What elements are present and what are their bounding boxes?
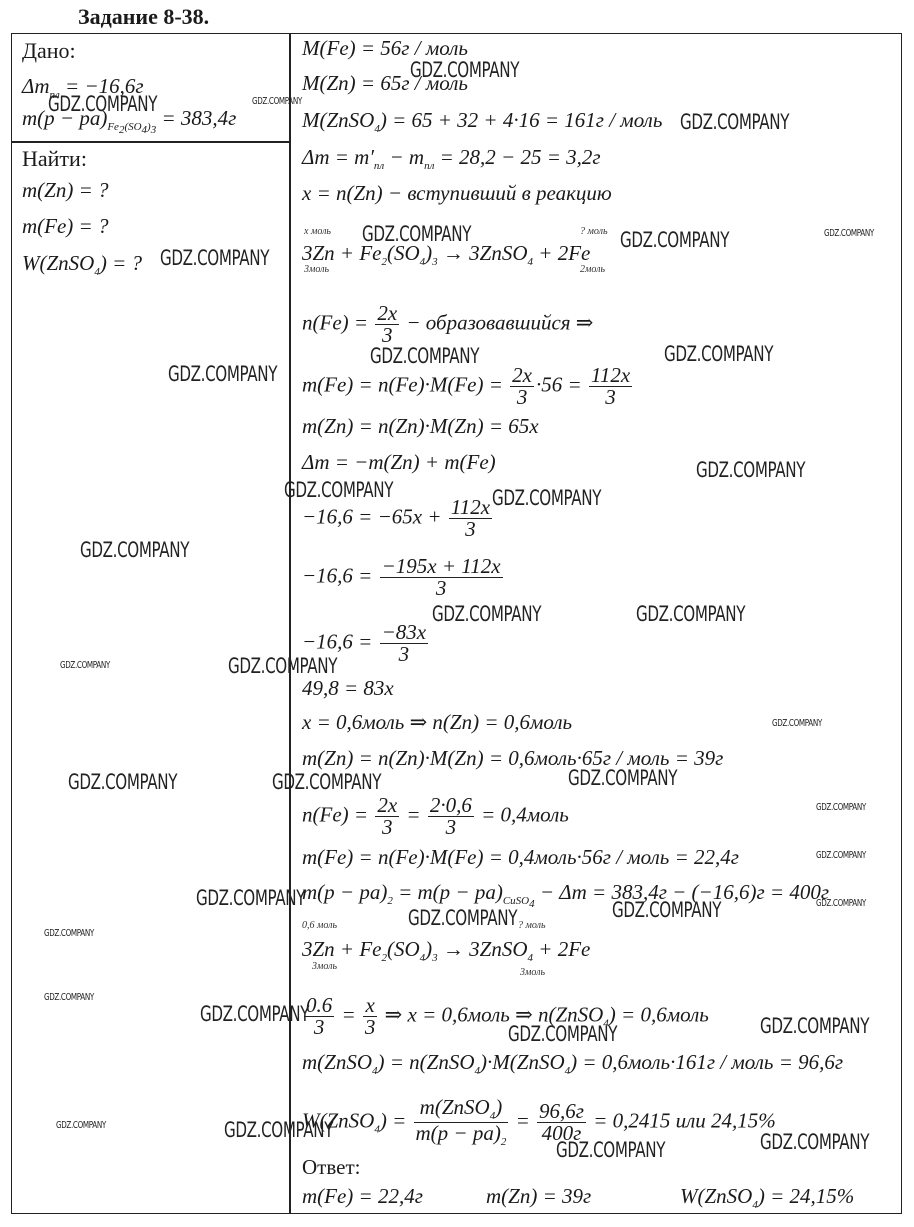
watermark-text: GDZ.COMPANY — [56, 1120, 106, 1131]
watermark-text: GDZ.COMPANY — [44, 992, 94, 1003]
reaction-annotation: 3моль — [312, 961, 337, 972]
solution-line: −16,6 = −195x + 112x3 — [302, 556, 505, 599]
watermark-text: GDZ.COMPANY — [816, 850, 866, 861]
watermark-text: GDZ.COMPANY — [410, 58, 519, 82]
reaction-annotation: 0,6 моль — [302, 920, 337, 931]
watermark-text: GDZ.COMPANY — [620, 228, 729, 252]
watermark-text: GDZ.COMPANY — [680, 110, 789, 134]
watermark-text: GDZ.COMPANY — [760, 1014, 869, 1038]
watermark-text: GDZ.COMPANY — [362, 222, 471, 246]
watermark-text: GDZ.COMPANY — [612, 898, 721, 922]
reaction-annotation: x моль — [304, 226, 331, 237]
watermark-text: GDZ.COMPANY — [408, 906, 517, 930]
watermark-text: GDZ.COMPANY — [44, 928, 94, 939]
watermark-text: GDZ.COMPANY — [48, 92, 157, 116]
watermark-text: GDZ.COMPANY — [370, 344, 479, 368]
watermark-text: GDZ.COMPANY — [68, 770, 177, 794]
watermark-text: GDZ.COMPANY — [196, 886, 305, 910]
reaction-annotation: 3моль — [520, 967, 545, 978]
solution-line: m(Fe) = n(Fe)·M(Fe) = 2x3·56 = 112x3 — [302, 365, 634, 408]
watermark-text: GDZ.COMPANY — [160, 246, 269, 270]
find-label: Найти: — [22, 146, 87, 172]
solution-line: x = 0,6моль ⇒ n(Zn) = 0,6моль — [302, 712, 572, 733]
solution-line: 3Zn + Fe2(SO4)3 → 3ZnSO4 + 2Fe — [302, 243, 590, 268]
watermark-text: GDZ.COMPANY — [80, 538, 189, 562]
watermark-text: GDZ.COMPANY — [492, 486, 601, 510]
answer-label: Ответ: — [302, 1155, 360, 1180]
given-find-divider — [11, 141, 290, 143]
watermark-text: GDZ.COMPANY — [556, 1138, 665, 1162]
watermark-text: GDZ.COMPANY — [508, 1022, 617, 1046]
reaction-annotation: 2моль — [580, 264, 605, 275]
watermark-text: GDZ.COMPANY — [284, 478, 393, 502]
find-item: W(ZnSO4) = ? — [22, 253, 142, 278]
answer-item: m(Fe) = 22,4г — [302, 1186, 423, 1207]
solution-line: 0.63 = x3 ⇒ x = 0,6моль ⇒ n(ZnSO4) = 0,6… — [302, 995, 709, 1038]
reaction-annotation: ? моль — [580, 226, 608, 237]
watermark-text: GDZ.COMPANY — [824, 228, 874, 239]
watermark-text: GDZ.COMPANY — [816, 802, 866, 813]
watermark-text: GDZ.COMPANY — [252, 96, 302, 107]
watermark-text: GDZ.COMPANY — [636, 602, 745, 626]
find-item: m(Fe) = ? — [22, 216, 108, 237]
solution-line: W(ZnSO4) = m(ZnSO4)m(p − pa)2 = 96,6г400… — [302, 1097, 776, 1148]
solution-line: Δm = m′пл − mпл = 28,2 − 25 = 3,2г — [302, 147, 601, 172]
solution-line: n(Fe) = 2x3 − образовавшийся ⇒ — [302, 303, 593, 346]
given-label: Дано: — [22, 38, 76, 64]
watermark-text: GDZ.COMPANY — [272, 770, 381, 794]
solution-line: 3Zn + Fe2(SO4)3 → 3ZnSO4 + 2Fe — [302, 939, 590, 964]
solution-line: Δm = −m(Zn) + m(Fe) — [302, 452, 496, 473]
solution-line: x = n(Zn) − вступивший в реакцию — [302, 183, 612, 204]
watermark-text: GDZ.COMPANY — [696, 458, 805, 482]
watermark-text: GDZ.COMPANY — [772, 718, 822, 729]
find-item: m(Zn) = ? — [22, 180, 109, 201]
watermark-text: GDZ.COMPANY — [760, 1130, 869, 1154]
answer-item: W(ZnSO4) = 24,15% — [680, 1186, 854, 1211]
solution-line: n(Fe) = 2x3 = 2·0,63 = 0,4моль — [302, 795, 569, 838]
watermark-text: GDZ.COMPANY — [664, 342, 773, 366]
column-divider — [289, 33, 291, 1214]
solution-line: 49,8 = 83x — [302, 678, 394, 699]
watermark-text: GDZ.COMPANY — [816, 898, 866, 909]
solution-line: m(ZnSO4) = n(ZnSO4)·M(ZnSO4) = 0,6моль·1… — [302, 1052, 843, 1077]
watermark-text: GDZ.COMPANY — [200, 1002, 309, 1026]
watermark-text: GDZ.COMPANY — [224, 1118, 333, 1142]
solution-line: M(Fe) = 56г / моль — [302, 38, 468, 59]
watermark-text: GDZ.COMPANY — [568, 766, 677, 790]
solution-line: M(ZnSO4) = 65 + 32 + 4·16 = 161г / моль — [302, 110, 662, 135]
watermark-text: GDZ.COMPANY — [60, 660, 110, 671]
reaction-annotation: 3моль — [304, 264, 329, 275]
solution-line: m(Fe) = n(Fe)·M(Fe) = 0,4моль·56г / моль… — [302, 847, 739, 868]
solution-line: m(p − pa)2 = m(p − pa)CuSO4 − Δm = 383,4… — [302, 882, 829, 910]
watermark-text: GDZ.COMPANY — [228, 654, 337, 678]
solution-line: m(Zn) = n(Zn)·M(Zn) = 65x — [302, 416, 539, 437]
answer-item: m(Zn) = 39г — [486, 1186, 591, 1207]
task-title: Задание 8-38. — [78, 4, 209, 30]
reaction-annotation: ? моль — [518, 920, 546, 931]
watermark-text: GDZ.COMPANY — [168, 362, 277, 386]
solution-line: −16,6 = −65x + 112x3 — [302, 497, 494, 540]
watermark-text: GDZ.COMPANY — [432, 602, 541, 626]
